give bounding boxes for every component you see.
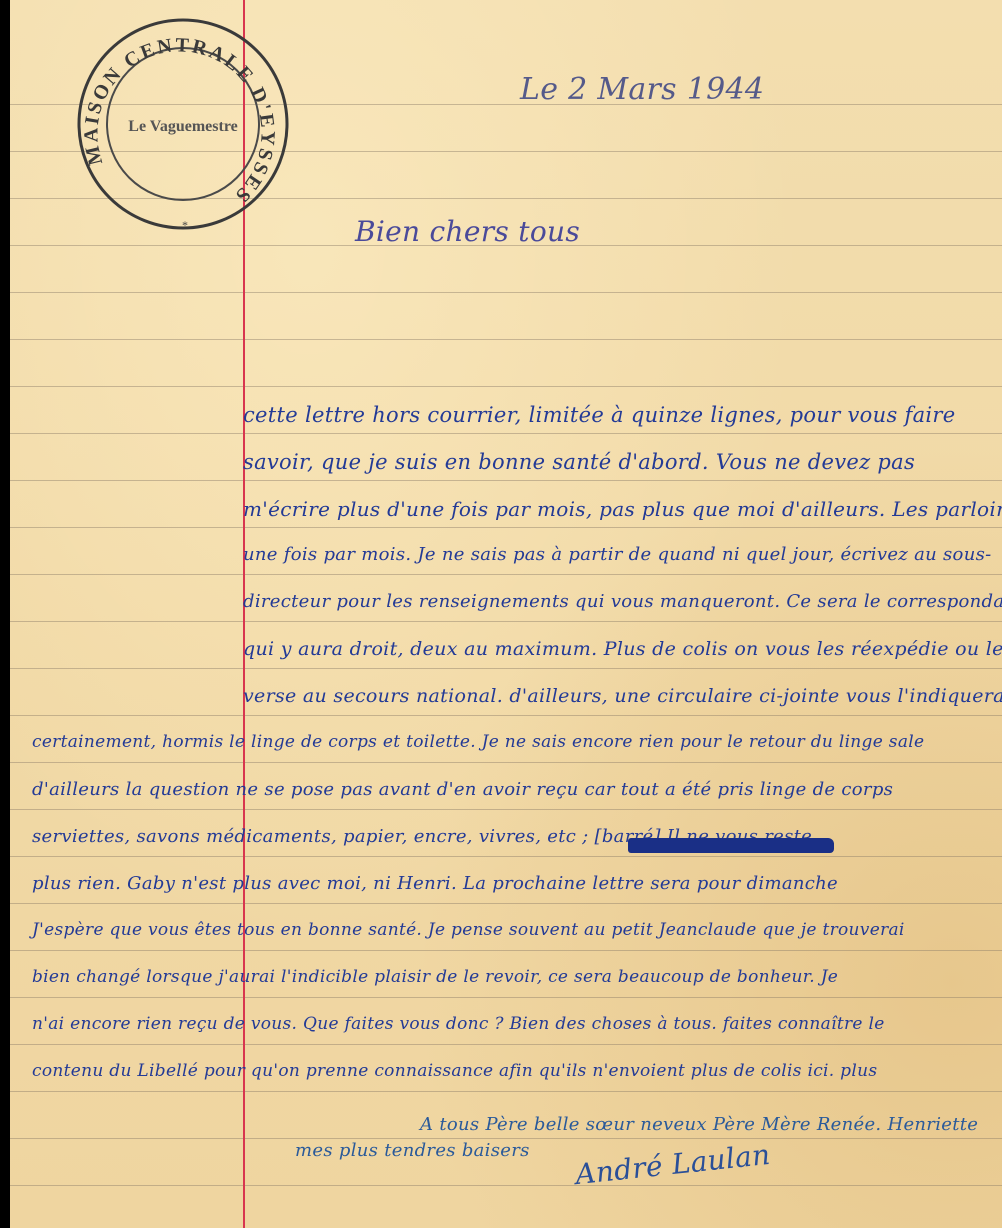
rule-line [10, 809, 1002, 810]
rule-line [10, 715, 1002, 716]
rule-line [10, 574, 1002, 575]
rule-line [10, 386, 1002, 387]
body-line: directeur pour les renseignements qui vo… [243, 591, 1002, 612]
body-line: cette lettre hors courrier, limitée à qu… [243, 403, 955, 427]
rule-line [10, 903, 1002, 904]
prison-stamp: MAISON CENTRALE D'EYSSES Le Vaguemestre … [73, 13, 293, 235]
body-line: verse au secours national. d'ailleurs, u… [243, 685, 1002, 707]
rule-line [10, 1138, 1002, 1139]
body-line: contenu du Libellé pour qu'on prenne con… [32, 1061, 877, 1081]
rule-line [10, 433, 1002, 434]
body-line: plus rien. Gaby n'est plus avec moi, ni … [32, 873, 838, 894]
rule-line [10, 997, 1002, 998]
rule-line [10, 950, 1002, 951]
letter-date: Le 2 Mars 1944 [520, 72, 764, 107]
body-line: m'écrire plus d'une fois par mois, pas p… [243, 497, 1002, 521]
closing-line-2: mes plus tendres baisers [295, 1140, 530, 1161]
ink-redaction [628, 838, 834, 853]
body-line: bien changé lorsque j'aurai l'indicible … [32, 967, 838, 987]
rule-line [10, 1091, 1002, 1092]
closing-line-1: A tous Père belle sœur neveux Père Mère … [420, 1114, 978, 1135]
stamp-inner-text: Le Vaguemestre [128, 118, 237, 135]
rule-line [10, 668, 1002, 669]
body-line: d'ailleurs la question ne se pose pas av… [32, 779, 893, 800]
rule-line [10, 856, 1002, 857]
rule-line [10, 480, 1002, 481]
body-line: n'ai encore rien reçu de vous. Que faite… [32, 1014, 885, 1034]
body-line: certainement, hormis le linge de corps e… [32, 732, 924, 752]
body-line: savoir, que je suis en bonne santé d'abo… [243, 450, 915, 474]
greeting: Bien chers tous [355, 215, 580, 248]
rule-line [10, 762, 1002, 763]
rule-line [10, 1044, 1002, 1045]
rule-line [10, 292, 1002, 293]
rule-line [10, 1185, 1002, 1186]
rule-line [10, 527, 1002, 528]
rule-line [10, 621, 1002, 622]
letter-paper: MAISON CENTRALE D'EYSSES Le Vaguemestre … [10, 0, 1002, 1228]
stamp-star-icon: * [182, 218, 188, 232]
body-line: qui y aura droit, deux au maximum. Plus … [243, 638, 1002, 660]
body-line: J'espère que vous êtes tous en bonne san… [32, 920, 905, 940]
signature: André Laulan [574, 1138, 772, 1191]
body-line: une fois par mois. Je ne sais pas à part… [243, 544, 992, 565]
rule-line [10, 339, 1002, 340]
